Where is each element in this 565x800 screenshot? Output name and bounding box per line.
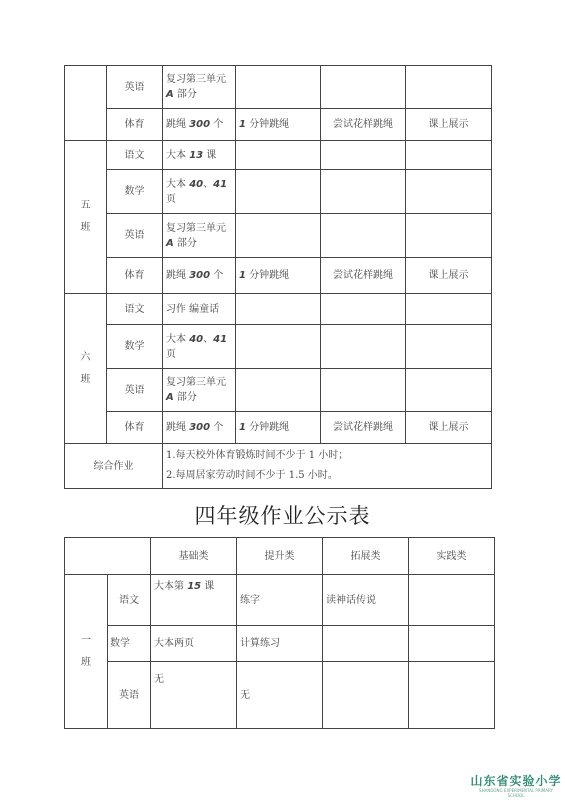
table-row: 英语 复习第三单元A 部分	[65, 66, 492, 109]
grade4-homework-table: 基础类 提升类 拓展类 实践类 一 班 语文 大本第 15 课 练字 读神话传说…	[64, 537, 495, 729]
improve-cell: 计算练习	[237, 626, 323, 662]
header-empty	[65, 538, 151, 575]
subject-cell: 数学	[107, 170, 163, 214]
basic-cell: 跳绳 300 个	[163, 109, 236, 141]
extend-cell	[323, 662, 409, 729]
comprehensive-row: 综合作业 1.每天校外体育锻炼时间不少于 1 小时； 2.每周居家劳动时间不少于…	[65, 444, 492, 489]
basic-cell: 跳绳 300 个	[163, 412, 236, 444]
improve-cell: 无	[237, 662, 323, 729]
subject-cell: 数学	[107, 325, 163, 369]
homework-table-continued: 英语 复习第三单元A 部分 体育 跳绳 300 个 1 分钟跳绳 尝试花样跳绳 …	[64, 65, 492, 489]
practice-cell	[409, 626, 495, 662]
basic-cell: 大本 13 课	[163, 141, 236, 170]
table-row: 体育 跳绳 300 个 1 分钟跳绳 尝试花样跳绳 课上展示	[65, 258, 492, 294]
logo-name-en: SHANDONG EXPERIMENTAL PRIMARY SCHOOL	[470, 788, 562, 798]
comprehensive-line-1: 1.每天校外体育锻炼时间不少于 1 小时；	[166, 446, 488, 466]
basic-cell: 复习第三单元A 部分	[163, 66, 236, 109]
basic-cell: 大本第 15 课	[151, 575, 237, 626]
extend-cell: 读神话传说	[323, 575, 409, 626]
subject-cell: 体育	[107, 258, 163, 294]
subject-cell: 体育	[107, 109, 163, 141]
basic-cell: 大本 40、41页	[163, 325, 236, 369]
subject-cell: 数学	[108, 626, 151, 662]
subject-cell: 语文	[108, 575, 151, 626]
class-label-5: 五 班	[65, 141, 107, 294]
header-extend: 拓展类	[323, 538, 409, 575]
improve-cell: 1 分钟跳绳	[236, 412, 321, 444]
table-row: 数学 大本 40、41页	[65, 170, 492, 214]
practice-cell: 课上展示	[406, 412, 492, 444]
header-basic: 基础类	[151, 538, 237, 575]
page-title: 四年级作业公示表	[0, 500, 565, 530]
basic-cell: 复习第三单元A 部分	[163, 214, 236, 258]
subject-cell: 英语	[107, 369, 163, 412]
basic-cell: 无	[151, 662, 237, 729]
subject-cell: 英语	[108, 662, 151, 729]
practice-cell: 课上展示	[406, 109, 492, 141]
subject-cell: 英语	[107, 66, 163, 109]
subject-cell: 语文	[107, 294, 163, 325]
table-row: 数学 大本两页 计算练习	[65, 626, 495, 662]
subject-cell: 语文	[107, 141, 163, 170]
extend-cell: 尝试花样跳绳	[321, 109, 406, 141]
table-row: 六 班 语文 习作 编童话	[65, 294, 492, 325]
logo-name-cn: 山东省实验小学	[470, 774, 562, 788]
extend-cell	[323, 626, 409, 662]
table-row: 英语 复习第三单元A 部分	[65, 369, 492, 412]
practice-cell	[409, 575, 495, 626]
table-row: 英语 无 无	[65, 662, 495, 729]
basic-cell: 习作 编童话	[163, 294, 236, 325]
table-row: 五 班 语文 大本 13 课	[65, 141, 492, 170]
practice-cell: 课上展示	[406, 258, 492, 294]
basic-cell: 大本 40、41页	[163, 170, 236, 214]
class-label-6: 六 班	[65, 294, 107, 444]
basic-cell: 大本两页	[151, 626, 237, 662]
class-cell-empty	[65, 66, 107, 141]
improve-cell	[236, 66, 321, 109]
school-logo: 山东省实验小学 SHANDONG EXPERIMENTAL PRIMARY SC…	[470, 774, 562, 798]
comprehensive-label: 综合作业	[65, 444, 163, 489]
header-practice: 实践类	[409, 538, 495, 575]
table-row: 英语 复习第三单元A 部分	[65, 214, 492, 258]
extend-cell: 尝试花样跳绳	[321, 412, 406, 444]
subject-cell: 英语	[107, 214, 163, 258]
extend-cell	[321, 66, 406, 109]
improve-cell: 1 分钟跳绳	[236, 258, 321, 294]
practice-cell	[409, 662, 495, 729]
header-row: 基础类 提升类 拓展类 实践类	[65, 538, 495, 575]
improve-cell: 1 分钟跳绳	[236, 109, 321, 141]
extend-cell: 尝试花样跳绳	[321, 258, 406, 294]
table-row: 体育 跳绳 300 个 1 分钟跳绳 尝试花样跳绳 课上展示	[65, 109, 492, 141]
subject-cell: 体育	[107, 412, 163, 444]
table-row: 数学 大本 40、41页	[65, 325, 492, 369]
table-row: 体育 跳绳 300 个 1 分钟跳绳 尝试花样跳绳 课上展示	[65, 412, 492, 444]
comprehensive-line-2: 2.每周居家劳动时间不少于 1.5 小时。	[166, 466, 488, 486]
comprehensive-content: 1.每天校外体育锻炼时间不少于 1 小时； 2.每周居家劳动时间不少于 1.5 …	[163, 444, 492, 489]
class-label-1: 一 班	[65, 575, 108, 729]
improve-cell: 练字	[237, 575, 323, 626]
header-improve: 提升类	[237, 538, 323, 575]
basic-cell: 跳绳 300 个	[163, 258, 236, 294]
practice-cell	[406, 66, 492, 109]
basic-cell: 复习第三单元A 部分	[163, 369, 236, 412]
table-row: 一 班 语文 大本第 15 课 练字 读神话传说	[65, 575, 495, 626]
